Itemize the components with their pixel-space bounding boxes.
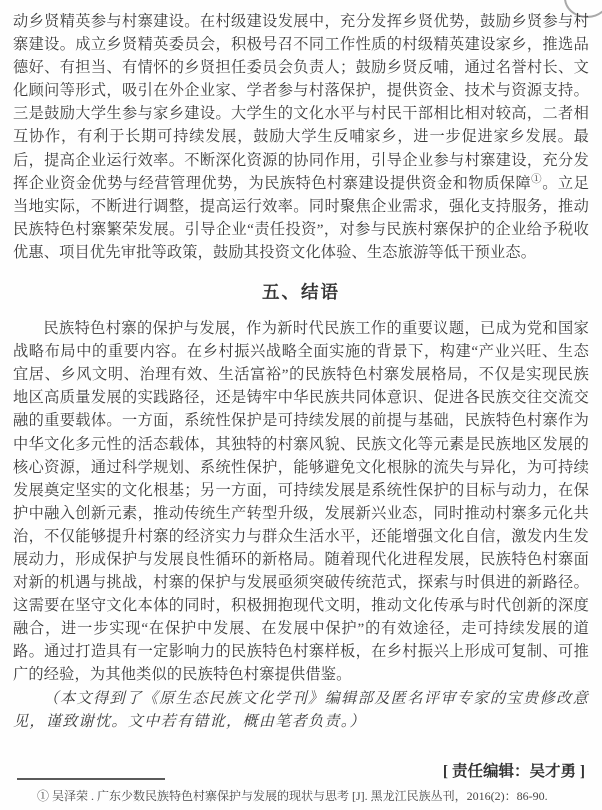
page-content: 动乡贤精英参与村寨建设。在村级建设发展中，充分发挥乡贤优势，鼓励乡贤参与村寨建设…	[13, 10, 589, 781]
journal-page: 动乡贤精英参与村寨建设。在村级建设发展中，充分发挥乡贤优势，鼓励乡贤参与村寨建设…	[0, 0, 602, 810]
footnote-divider	[17, 778, 165, 780]
continuation-paragraph: 动乡贤精英参与村寨建设。在村级建设发展中，充分发挥乡贤优势，鼓励乡贤参与村寨建设…	[13, 10, 589, 264]
conclusion-paragraph: 民族特色村寨的保护与发展，作为新时代民族工作的重要议题，已成为党和国家战略布局中…	[13, 317, 589, 687]
footnote-citation-text: 吴泽荣 . 广东少数民族特色村寨保护与发展的现状与思考 [J]. 黑龙江民族丛刊…	[52, 789, 548, 803]
acknowledgment-paragraph: （本文得到了《原生态民族文化学刊》编辑部及匿名评审专家的宝贵修改意见，谨致谢忱。…	[13, 687, 589, 733]
section-heading-conclusion: 五、结语	[13, 279, 589, 304]
footnote-entry: ①吴泽荣 . 广东少数民族特色村寨保护与发展的现状与思考 [J]. 黑龙江民族丛…	[13, 788, 589, 804]
footnote-area: ①吴泽荣 . 广东少数民族特色村寨保护与发展的现状与思考 [J]. 黑龙江民族丛…	[13, 778, 589, 804]
footnote-marker: ①	[37, 789, 49, 803]
footnote-reference-marker: ①	[531, 174, 542, 185]
continuation-paragraph-text-before: 动乡贤精英参与村寨建设。在村级建设发展中，充分发挥乡贤优势，鼓励乡贤参与村寨建设…	[13, 13, 589, 192]
